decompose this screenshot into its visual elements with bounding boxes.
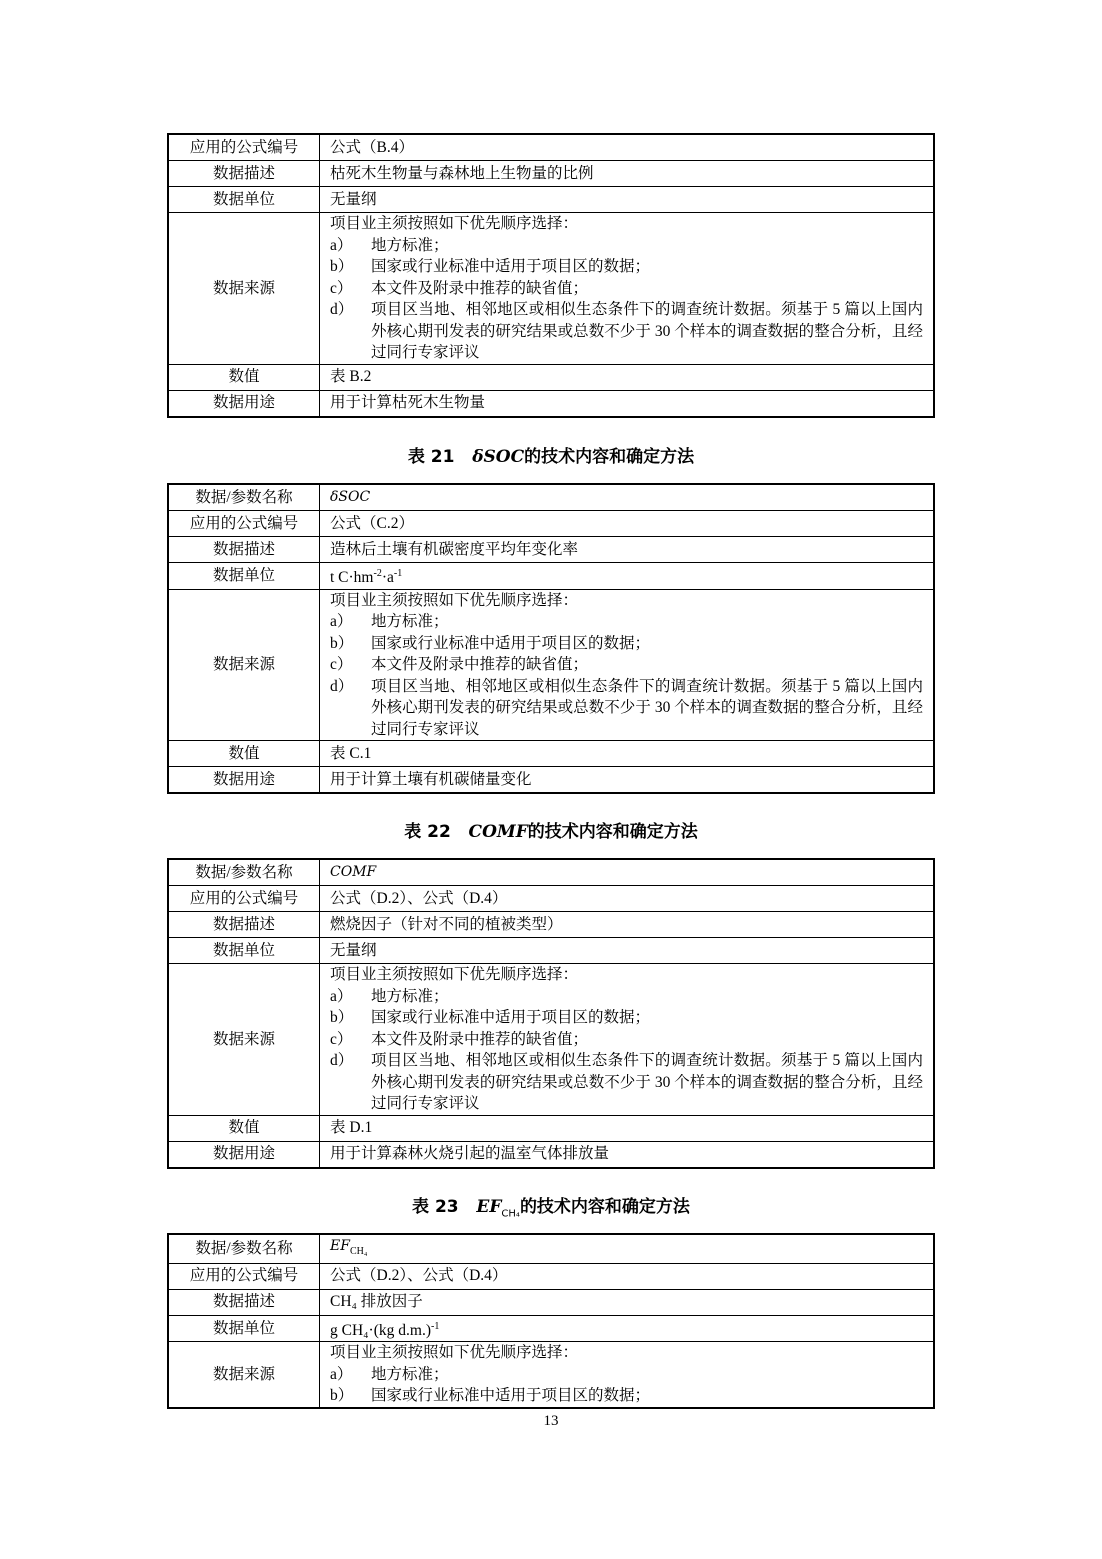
source-item: a）地方标准； <box>330 611 923 633</box>
table-row: 数据/参数名称 δSOC <box>168 484 934 511</box>
row-label: 数据/参数名称 <box>168 1234 320 1263</box>
source-intro: 项目业主须按照如下优先顺序选择： <box>330 590 923 612</box>
source-value: 项目业主须按照如下优先顺序选择： a）地方标准； b）国家或行业标准中适用于项目… <box>320 213 935 365</box>
table-row: 数据来源 项目业主须按照如下优先顺序选择： a）地方标准； b）国家或行业标准中… <box>168 964 934 1116</box>
row-label: 应用的公式编号 <box>168 1263 320 1289</box>
table-row: 数值 表 D.1 <box>168 1115 934 1141</box>
row-label: 数据描述 <box>168 537 320 563</box>
row-label: 数据用途 <box>168 1141 320 1168</box>
formula-value: 公式（D.2）、公式（D.4） <box>320 886 935 912</box>
table-21: 数据/参数名称 δSOC 应用的公式编号 公式（C.2） 数据描述 造林后土壤有… <box>167 483 935 794</box>
row-label: 数据来源 <box>168 213 320 365</box>
source-value: 项目业主须按照如下优先顺序选择： a）地方标准； b）国家或行业标准中适用于项目… <box>320 589 935 741</box>
page-number: 13 <box>0 1413 1102 1430</box>
source-item: d）项目区当地、相邻地区或相似生态条件下的调查统计数据。须基于 5 篇以上国内外… <box>330 1050 923 1115</box>
formula-value: 公式（C.2） <box>320 511 935 537</box>
table-row: 数据描述 枯死木生物量与森林地上生物量的比例 <box>168 161 934 187</box>
source-item: a）地方标准； <box>330 986 923 1008</box>
row-label: 数值 <box>168 1115 320 1141</box>
unit-value: t C·hm-2·a-1 <box>320 563 935 590</box>
source-item: b）国家或行业标准中适用于项目区的数据； <box>330 633 923 655</box>
table-row: 数据来源 项目业主须按照如下优先顺序选择： a）地方标准； b）国家或行业标准中… <box>168 589 934 741</box>
source-item: b）国家或行业标准中适用于项目区的数据； <box>330 1007 923 1029</box>
table-21-caption: 表 21 δSOC的技术内容和确定方法 <box>167 442 935 467</box>
source-item: b）国家或行业标准中适用于项目区的数据； <box>330 1385 923 1407</box>
table-row: 数据用途 用于计算土壤有机碳储量变化 <box>168 767 934 794</box>
row-label: 数据描述 <box>168 161 320 187</box>
source-value: 项目业主须按照如下优先顺序选择： a）地方标准； b）国家或行业标准中适用于项目… <box>320 1342 935 1408</box>
name-value: COMF <box>320 859 935 886</box>
unit-value: 无量纲 <box>320 187 935 213</box>
source-item: a）地方标准； <box>330 235 923 257</box>
source-item: d）项目区当地、相邻地区或相似生态条件下的调查统计数据。须基于 5 篇以上国内外… <box>330 676 923 741</box>
source-item: a）地方标准； <box>330 1364 923 1386</box>
source-intro: 项目业主须按照如下优先顺序选择： <box>330 964 923 986</box>
row-label: 数据单位 <box>168 938 320 964</box>
formula-value: 公式（B.4） <box>320 134 935 161</box>
row-label: 数值 <box>168 364 320 390</box>
row-label: 数据单位 <box>168 1315 320 1342</box>
row-label: 数据描述 <box>168 912 320 938</box>
row-label: 数据用途 <box>168 767 320 794</box>
table-row: 数据描述 燃烧因子（针对不同的植被类型） <box>168 912 934 938</box>
table-row: 数据用途 用于计算森林火烧引起的温室气体排放量 <box>168 1141 934 1168</box>
row-label: 应用的公式编号 <box>168 886 320 912</box>
source-item: c）本文件及附录中推荐的缺省值； <box>330 1029 923 1051</box>
source-intro: 项目业主须按照如下优先顺序选择： <box>330 213 923 235</box>
name-value: EFCH₄ <box>320 1234 935 1263</box>
table-row: 数据描述 CH₄ 排放因子 <box>168 1289 934 1315</box>
table-row: 数据单位 无量纲 <box>168 938 934 964</box>
formula-value: 公式（D.2）、公式（D.4） <box>320 1263 935 1289</box>
row-label: 数据/参数名称 <box>168 859 320 886</box>
table-row: 数据单位 t C·hm-2·a-1 <box>168 563 934 590</box>
usage-value: 用于计算土壤有机碳储量变化 <box>320 767 935 794</box>
name-value: δSOC <box>320 484 935 511</box>
table-row: 数值 表 C.1 <box>168 741 934 767</box>
row-label: 数据来源 <box>168 589 320 741</box>
table-row: 数据单位 无量纲 <box>168 187 934 213</box>
description-value: CH₄ 排放因子 <box>320 1289 935 1315</box>
source-item: d）项目区当地、相邻地区或相似生态条件下的调查统计数据。须基于 5 篇以上国内外… <box>330 299 923 364</box>
value-value: 表 C.1 <box>320 741 935 767</box>
row-label: 数值 <box>168 741 320 767</box>
source-intro: 项目业主须按照如下优先顺序选择： <box>330 1342 923 1364</box>
usage-value: 用于计算森林火烧引起的温室气体排放量 <box>320 1141 935 1168</box>
description-value: 造林后土壤有机碳密度平均年变化率 <box>320 537 935 563</box>
table-row: 数据单位 g CH₄·(kg d.m.)-1 <box>168 1315 934 1342</box>
row-label: 数据用途 <box>168 390 320 417</box>
table-20-continued: 应用的公式编号 公式（B.4） 数据描述 枯死木生物量与森林地上生物量的比例 数… <box>167 133 935 418</box>
row-label: 数据单位 <box>168 563 320 590</box>
row-label: 应用的公式编号 <box>168 511 320 537</box>
row-label: 数据来源 <box>168 964 320 1116</box>
table-22-caption: 表 22 COMF的技术内容和确定方法 <box>167 817 935 842</box>
unit-value: 无量纲 <box>320 938 935 964</box>
source-value: 项目业主须按照如下优先顺序选择： a）地方标准； b）国家或行业标准中适用于项目… <box>320 964 935 1116</box>
description-value: 枯死木生物量与森林地上生物量的比例 <box>320 161 935 187</box>
source-item: b）国家或行业标准中适用于项目区的数据； <box>330 256 923 278</box>
unit-value: g CH₄·(kg d.m.)-1 <box>320 1315 935 1342</box>
table-row: 数据描述 造林后土壤有机碳密度平均年变化率 <box>168 537 934 563</box>
value-value: 表 D.1 <box>320 1115 935 1141</box>
table-row: 应用的公式编号 公式（D.2）、公式（D.4） <box>168 886 934 912</box>
row-label: 数据描述 <box>168 1289 320 1315</box>
row-label: 数据来源 <box>168 1342 320 1408</box>
table-22: 数据/参数名称 COMF 应用的公式编号 公式（D.2）、公式（D.4） 数据描… <box>167 858 935 1169</box>
description-value: 燃烧因子（针对不同的植被类型） <box>320 912 935 938</box>
table-row: 数据用途 用于计算枯死木生物量 <box>168 390 934 417</box>
source-item: c）本文件及附录中推荐的缺省值； <box>330 654 923 676</box>
table-row: 应用的公式编号 公式（D.2）、公式（D.4） <box>168 1263 934 1289</box>
row-label: 数据/参数名称 <box>168 484 320 511</box>
usage-value: 用于计算枯死木生物量 <box>320 390 935 417</box>
value-value: 表 B.2 <box>320 364 935 390</box>
table-23-caption: 表 23 EFCH₄的技术内容和确定方法 <box>167 1192 935 1219</box>
table-row: 数据/参数名称 EFCH₄ <box>168 1234 934 1263</box>
table-row: 应用的公式编号 公式（C.2） <box>168 511 934 537</box>
table-row: 数据来源 项目业主须按照如下优先顺序选择： a）地方标准； b）国家或行业标准中… <box>168 1342 934 1408</box>
table-23: 数据/参数名称 EFCH₄ 应用的公式编号 公式（D.2）、公式（D.4） 数据… <box>167 1233 935 1409</box>
table-row: 应用的公式编号 公式（B.4） <box>168 134 934 161</box>
source-item: c）本文件及附录中推荐的缺省值； <box>330 278 923 300</box>
table-row: 数据/参数名称 COMF <box>168 859 934 886</box>
row-label: 应用的公式编号 <box>168 134 320 161</box>
row-label: 数据单位 <box>168 187 320 213</box>
table-row: 数据来源 项目业主须按照如下优先顺序选择： a）地方标准； b）国家或行业标准中… <box>168 213 934 365</box>
table-row: 数值 表 B.2 <box>168 364 934 390</box>
